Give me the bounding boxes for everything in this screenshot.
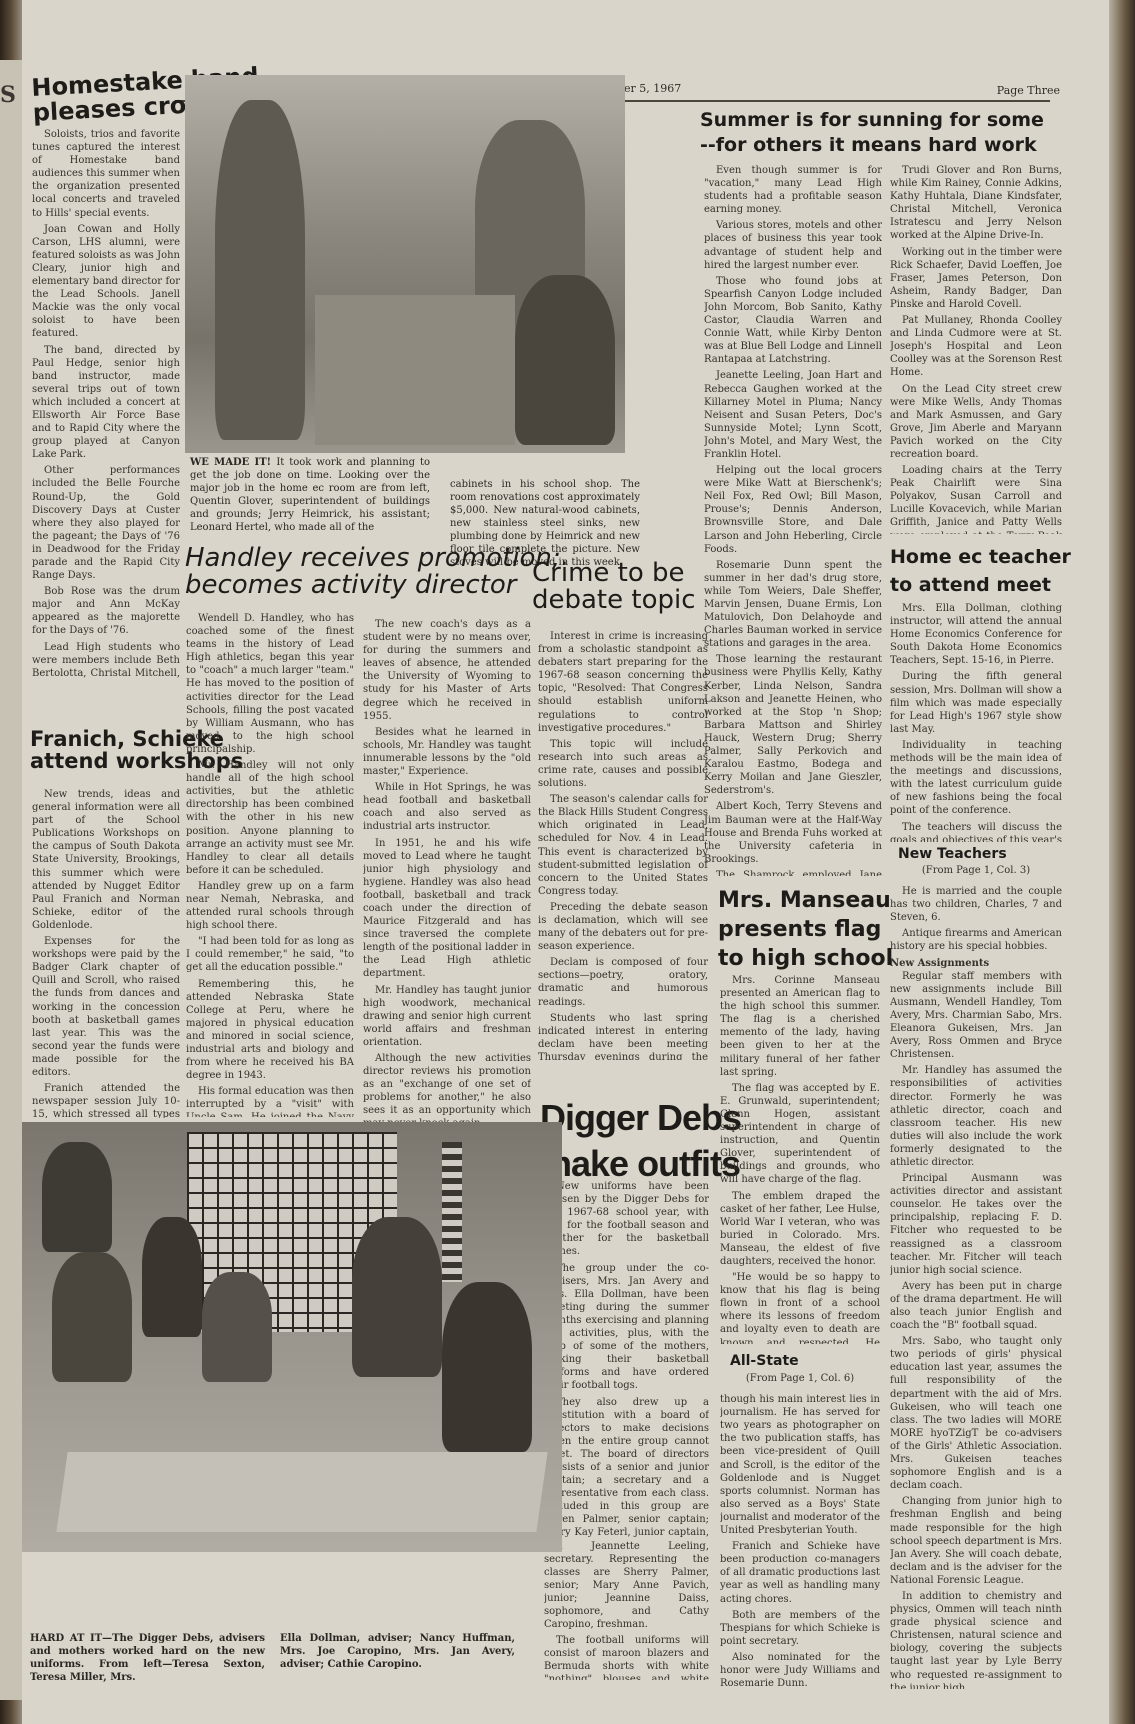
summer-headline: Summer is for sunning for some --for oth… xyxy=(700,108,1044,158)
all-state-subhead: All-State xyxy=(730,1353,799,1369)
person-figure xyxy=(42,1142,112,1252)
summer-body-col1: Even though summer is for "vacation," ma… xyxy=(704,164,882,876)
handley-body-col2: The new coach's days as a student were b… xyxy=(363,618,531,1123)
summer-body-col2: Trudi Glover and Ron Burns, while Kim Ra… xyxy=(890,164,1062,534)
assignments-label: New Assignments xyxy=(890,957,1062,970)
homestake-body: Soloists, trios and favorite tunes captu… xyxy=(32,128,180,680)
crime-body: Interest in crime is increasing from a s… xyxy=(538,630,708,1060)
person-figure xyxy=(215,100,305,440)
manseau-body: Mrs. Corinne Manseau presented an Americ… xyxy=(720,974,880,1344)
crime-headline: Crime to be debate topic xyxy=(532,560,696,615)
american-flag xyxy=(442,1142,462,1282)
franich-body: New trends, ideas and general informatio… xyxy=(32,788,180,1118)
digger-debs-body: New uniforms have been chosen by the Dig… xyxy=(544,1180,709,1680)
cabinet-shape xyxy=(315,295,515,445)
new-teachers-body: (From Page 1, Col. 3) He is married and … xyxy=(890,864,1062,1689)
page-number: Page Three xyxy=(997,84,1060,97)
jump-line: (From Page 1, Col. 3) xyxy=(890,864,1062,877)
home-ec-headline: Home ec teacher to attend meet xyxy=(890,543,1071,599)
person-figure xyxy=(352,1217,442,1377)
photo2-caption-right: Ella Dollman, adviser; Nancy Huffman, Mr… xyxy=(280,1632,515,1671)
manseau-headline: Mrs. Manseau presents flag to high schoo… xyxy=(718,886,893,973)
previous-page-edge: S xyxy=(0,60,24,1700)
person-figure xyxy=(442,1282,532,1452)
right-binding-shadow xyxy=(1109,0,1135,1724)
all-state-body: (From Page 1, Col. 6) though his main in… xyxy=(720,1372,880,1692)
handley-headline: Handley receives promotion; becomes acti… xyxy=(185,545,561,600)
home-ec-body: Mrs. Ella Dollman, clothing instructor, … xyxy=(890,602,1062,842)
digger-debs-headline: Digger Debs make outfits xyxy=(540,1095,741,1187)
photo1-caption-left: WE MADE IT! It took work and planning to… xyxy=(190,456,430,534)
person-figure xyxy=(515,275,615,445)
digger-debs-photo xyxy=(22,1122,562,1552)
handley-body-col1: Wendell D. Handley, who has coached some… xyxy=(186,612,354,1117)
photo2-caption-left: HARD AT IT—The Digger Debs, advisers and… xyxy=(30,1632,265,1684)
person-figure xyxy=(52,1252,132,1382)
home-ec-room-photo xyxy=(185,75,625,453)
person-figure xyxy=(202,1272,272,1382)
person-figure xyxy=(142,1217,202,1337)
new-teachers-subhead: New Teachers xyxy=(898,846,1007,862)
work-table xyxy=(56,1452,547,1532)
jump-line: (From Page 1, Col. 6) xyxy=(720,1372,880,1385)
